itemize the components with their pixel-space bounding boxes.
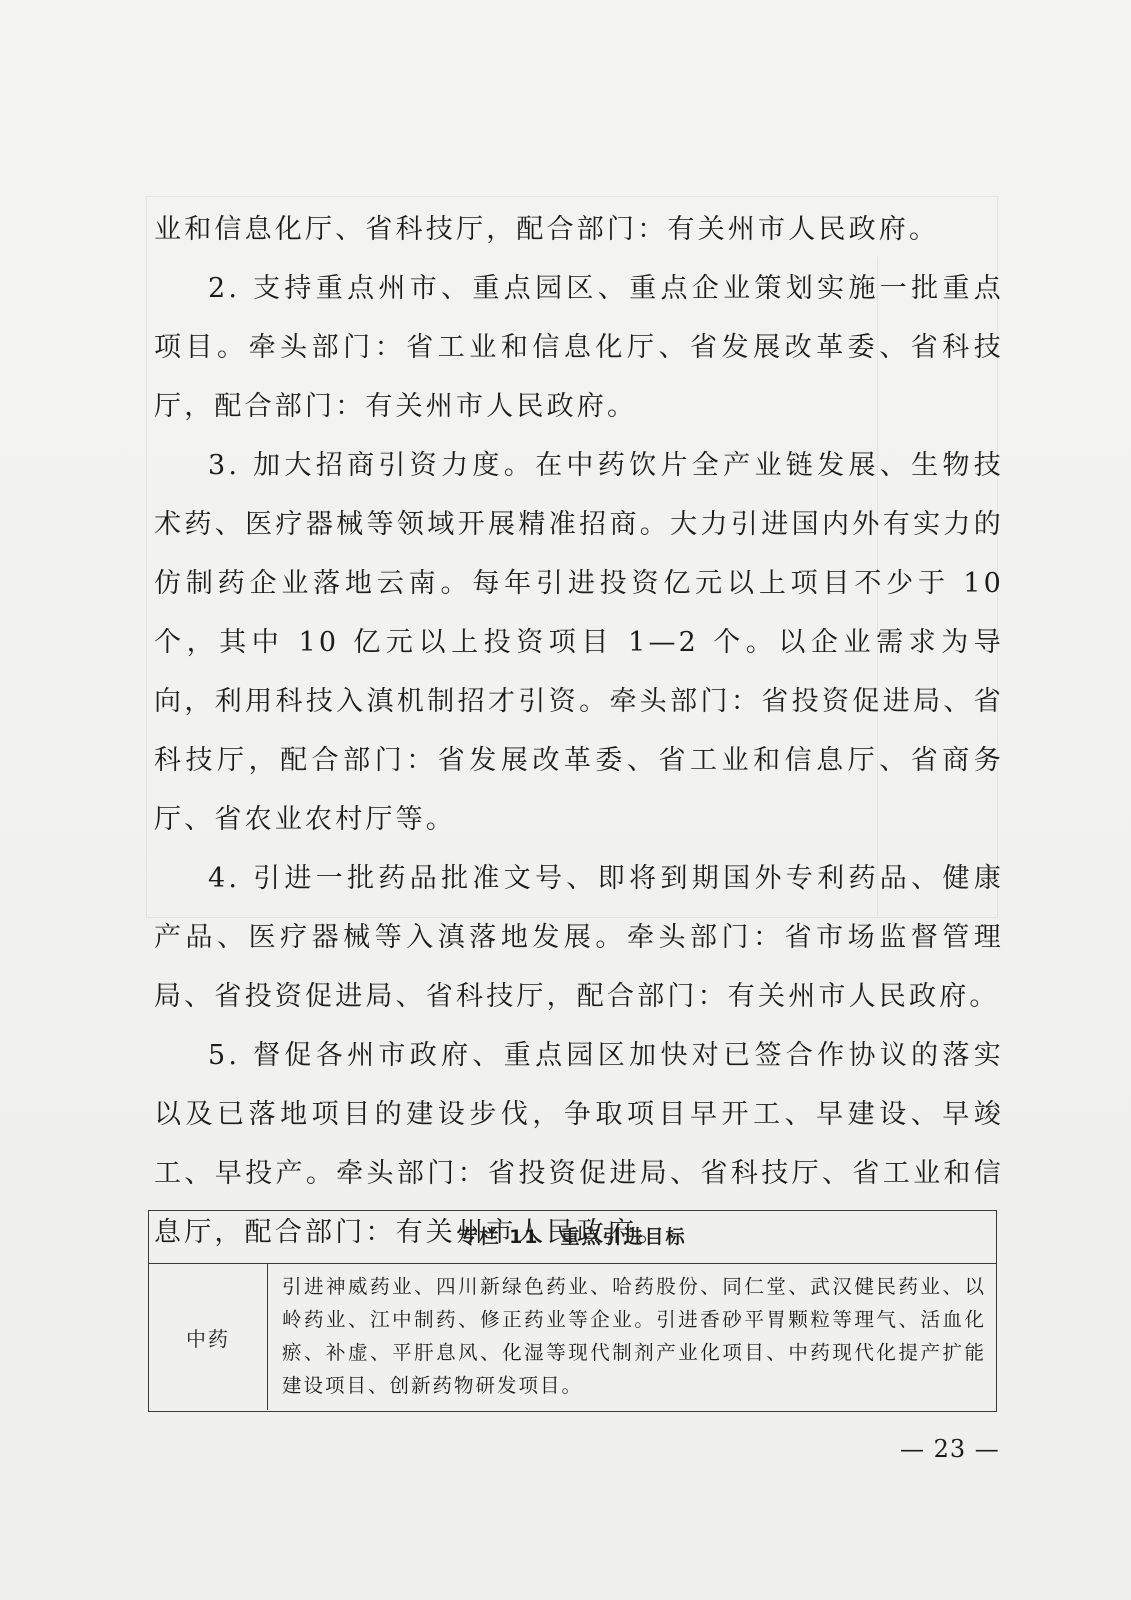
paragraph-continuation: 业和信息化厅、省科技厅，配合部门：有关州市人民政府。	[154, 200, 1004, 259]
paragraph-item-3: 3. 加大招商引资力度。在中药饮片全产业链发展、生物技术药、医疗器械等领域开展精…	[154, 436, 1004, 849]
page-number: — 23 —	[900, 1435, 1000, 1463]
box-row: 中药 引进神威药业、四川新绿色药业、哈药股份、同仁堂、武汉健民药业、以岭药业、江…	[149, 1264, 996, 1410]
document-page: 业和信息化厅、省科技厅，配合部门：有关州市人民政府。 2. 支持重点州市、重点园…	[0, 0, 1131, 1600]
box-title: 专栏 11 重点引进目标	[149, 1211, 996, 1264]
box-row-content: 引进神威药业、四川新绿色药业、哈药股份、同仁堂、武汉健民药业、以岭药业、江中制药…	[268, 1264, 996, 1410]
body-text: 业和信息化厅、省科技厅，配合部门：有关州市人民政府。 2. 支持重点州市、重点园…	[154, 200, 1004, 1262]
paragraph-item-4: 4. 引进一批药品批准文号、即将到期国外专利药品、健康产品、医疗器械等入滇落地发…	[154, 849, 1004, 1026]
paragraph-item-2: 2. 支持重点州市、重点园区、重点企业策划实施一批重点项目。牵头部门：省工业和信…	[154, 259, 1004, 436]
column-box-key-targets: 专栏 11 重点引进目标 中药 引进神威药业、四川新绿色药业、哈药股份、同仁堂、…	[148, 1210, 997, 1412]
box-row-label: 中药	[149, 1264, 268, 1410]
